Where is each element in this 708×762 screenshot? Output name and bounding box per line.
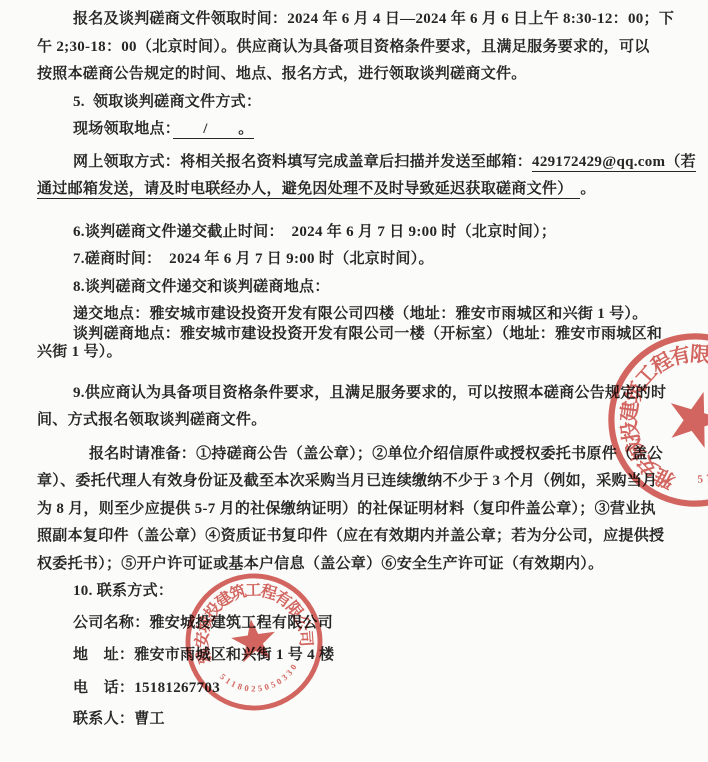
text-segment: 5. 领取谈判磋商文件方式： [73, 94, 261, 110]
text-segment: 6.谈判磋商文件递交截止时间： 2024 年 6 月 7 日 9:00 时（北京… [73, 224, 556, 240]
text-segment: 权委托书）；⑤开户许可证或基本户信息（盖公章）⑥安全生产许可证（有效期内）。 [37, 556, 603, 572]
document-line: 7.磋商时间： 2024 年 6 月 7 日 9:00 时（北京时间）。 [37, 246, 697, 274]
document-line: 午 2;30-18：00（北京时间）。供应商认为具备项目资格条件要求，且满足服务… [37, 34, 697, 62]
text-segment: 谈判磋商地点：雅安城市建设投资开发有限公司一楼（开标室）（地址：雅安市雨城区和 [73, 326, 662, 342]
text-segment: 地 址：雅安市雨城区和兴街 1 号 4 楼 [73, 647, 334, 663]
text-segment: 报名时请准备：①持磋商公告（盖公章）；②单位介绍信原件或授权委托书原件（盖公 [89, 446, 663, 462]
text-segment: 按照本磋商公告规定的时间、地点、报名方式，进行领取谈判磋商文件。 [37, 66, 527, 82]
text-segment: 递交地点：雅安城市建设投资开发有限公司四楼（地址：雅安市雨城区和兴街 1 号）。 [73, 306, 648, 322]
text-segment: 现场领取地点： [73, 121, 173, 137]
underlined-text: 通过邮箱发送，请及时电联经办人，避免因处理不及时导致延迟获取磋商文件） [37, 181, 580, 199]
document-line: 10. 联系方式： [37, 578, 697, 606]
document-line: 地 址：雅安市雨城区和兴街 1 号 4 楼 [37, 642, 697, 670]
document-line: 现场领取地点： / 。 [37, 116, 697, 144]
text-segment: 8.谈判磋商文件递交和谈判磋商地点： [73, 279, 330, 295]
text-segment: 公司名称：雅安城投建筑工程有限公司 [73, 615, 333, 631]
text-segment: 章）、委托代理人有效身份证及截至本次采购当月已连续缴纳不少于 3 个月（例如，采… [37, 473, 657, 489]
document-line: 间、方式报名领取谈判磋商文件。 [37, 407, 697, 435]
document-body: 报名及谈判磋商文件领取时间：2024 年 6 月 4 日—2024 年 6 月 … [37, 6, 697, 734]
scanned-document-page: 报名及谈判磋商文件领取时间：2024 年 6 月 4 日—2024 年 6 月 … [0, 0, 708, 762]
text-segment: 午 2;30-18：00（北京时间）。供应商认为具备项目资格条件要求，且满足服务… [37, 39, 650, 55]
document-line: 报名及谈判磋商文件领取时间：2024 年 6 月 4 日—2024 年 6 月 … [37, 6, 697, 34]
document-line: 通过邮箱发送，请及时电联经办人，避免因处理不及时导致延迟获取磋商文件） 。 [37, 176, 697, 204]
underlined-text: / 。 [173, 121, 254, 139]
text-segment: 9.供应商认为具备项目资格条件要求，且满足服务要求的，可以按照本磋商公告规定的时 [73, 385, 666, 401]
text-segment: 兴街 1 号）。 [37, 344, 122, 360]
document-line: 9.供应商认为具备项目资格条件要求，且满足服务要求的，可以按照本磋商公告规定的时 [37, 380, 697, 408]
document-line: 谈判磋商地点：雅安城市建设投资开发有限公司一楼（开标室）（地址：雅安市雨城区和 [37, 325, 697, 344]
document-line: 照副本复印件（盖公章）④资质证书复印件（应在有效期内并盖公章；若为分公司，应提供… [37, 523, 697, 551]
document-line: 8.谈判磋商文件递交和谈判磋商地点： [37, 274, 697, 302]
document-line: 电 话：15181267703 [37, 675, 697, 703]
document-line: 联系人：曹工 [37, 706, 697, 734]
text-segment: 电 话：15181267703 [73, 680, 220, 696]
document-line: 按照本磋商公告规定的时间、地点、报名方式，进行领取谈判磋商文件。 [37, 61, 697, 89]
document-line: 公司名称：雅安城投建筑工程有限公司 [37, 610, 697, 638]
text-segment: 网上领取方式：将相关报名资料填写完成盖章后扫描并发送至邮箱： [73, 154, 532, 170]
document-line: 章）、委托代理人有效身份证及截至本次采购当月已连续缴纳不少于 3 个月（例如，采… [37, 468, 697, 496]
text-segment: 。 [580, 181, 595, 197]
text-segment: 照副本复印件（盖公章）④资质证书复印件（应在有效期内并盖公章；若为分公司，应提供… [37, 528, 664, 544]
document-line: 为 8 月，则至少应提供 5-7 月的社保缴纳证明）的社保证明材料（复印件盖公章… [37, 496, 697, 524]
underlined-text: 429172429@qq.com（若 [532, 154, 696, 172]
text-segment: 间、方式报名领取谈判磋商文件。 [37, 412, 267, 428]
text-segment: 10. 联系方式： [73, 583, 173, 599]
document-line: 5. 领取谈判磋商文件方式： [37, 89, 697, 117]
text-segment: 为 8 月，则至少应提供 5-7 月的社保缴纳证明）的社保证明材料（复印件盖公章… [37, 501, 656, 517]
text-segment: 报名及谈判磋商文件领取时间：2024 年 6 月 4 日—2024 年 6 月 … [73, 11, 674, 27]
document-line: 报名时请准备：①持磋商公告（盖公章）；②单位介绍信原件或授权委托书原件（盖公 [37, 441, 697, 469]
text-segment: 联系人：曹工 [73, 711, 165, 727]
document-line: 兴街 1 号）。 [37, 343, 697, 362]
document-line: 6.谈判磋商文件递交截止时间： 2024 年 6 月 7 日 9:00 时（北京… [37, 219, 697, 247]
document-line: 网上领取方式：将相关报名资料填写完成盖章后扫描并发送至邮箱：429172429@… [37, 149, 697, 177]
document-line: 权委托书）；⑤开户许可证或基本户信息（盖公章）⑥安全生产许可证（有效期内）。 [37, 551, 697, 579]
text-segment: 7.磋商时间： 2024 年 6 月 7 日 9:00 时（北京时间）。 [73, 251, 434, 267]
